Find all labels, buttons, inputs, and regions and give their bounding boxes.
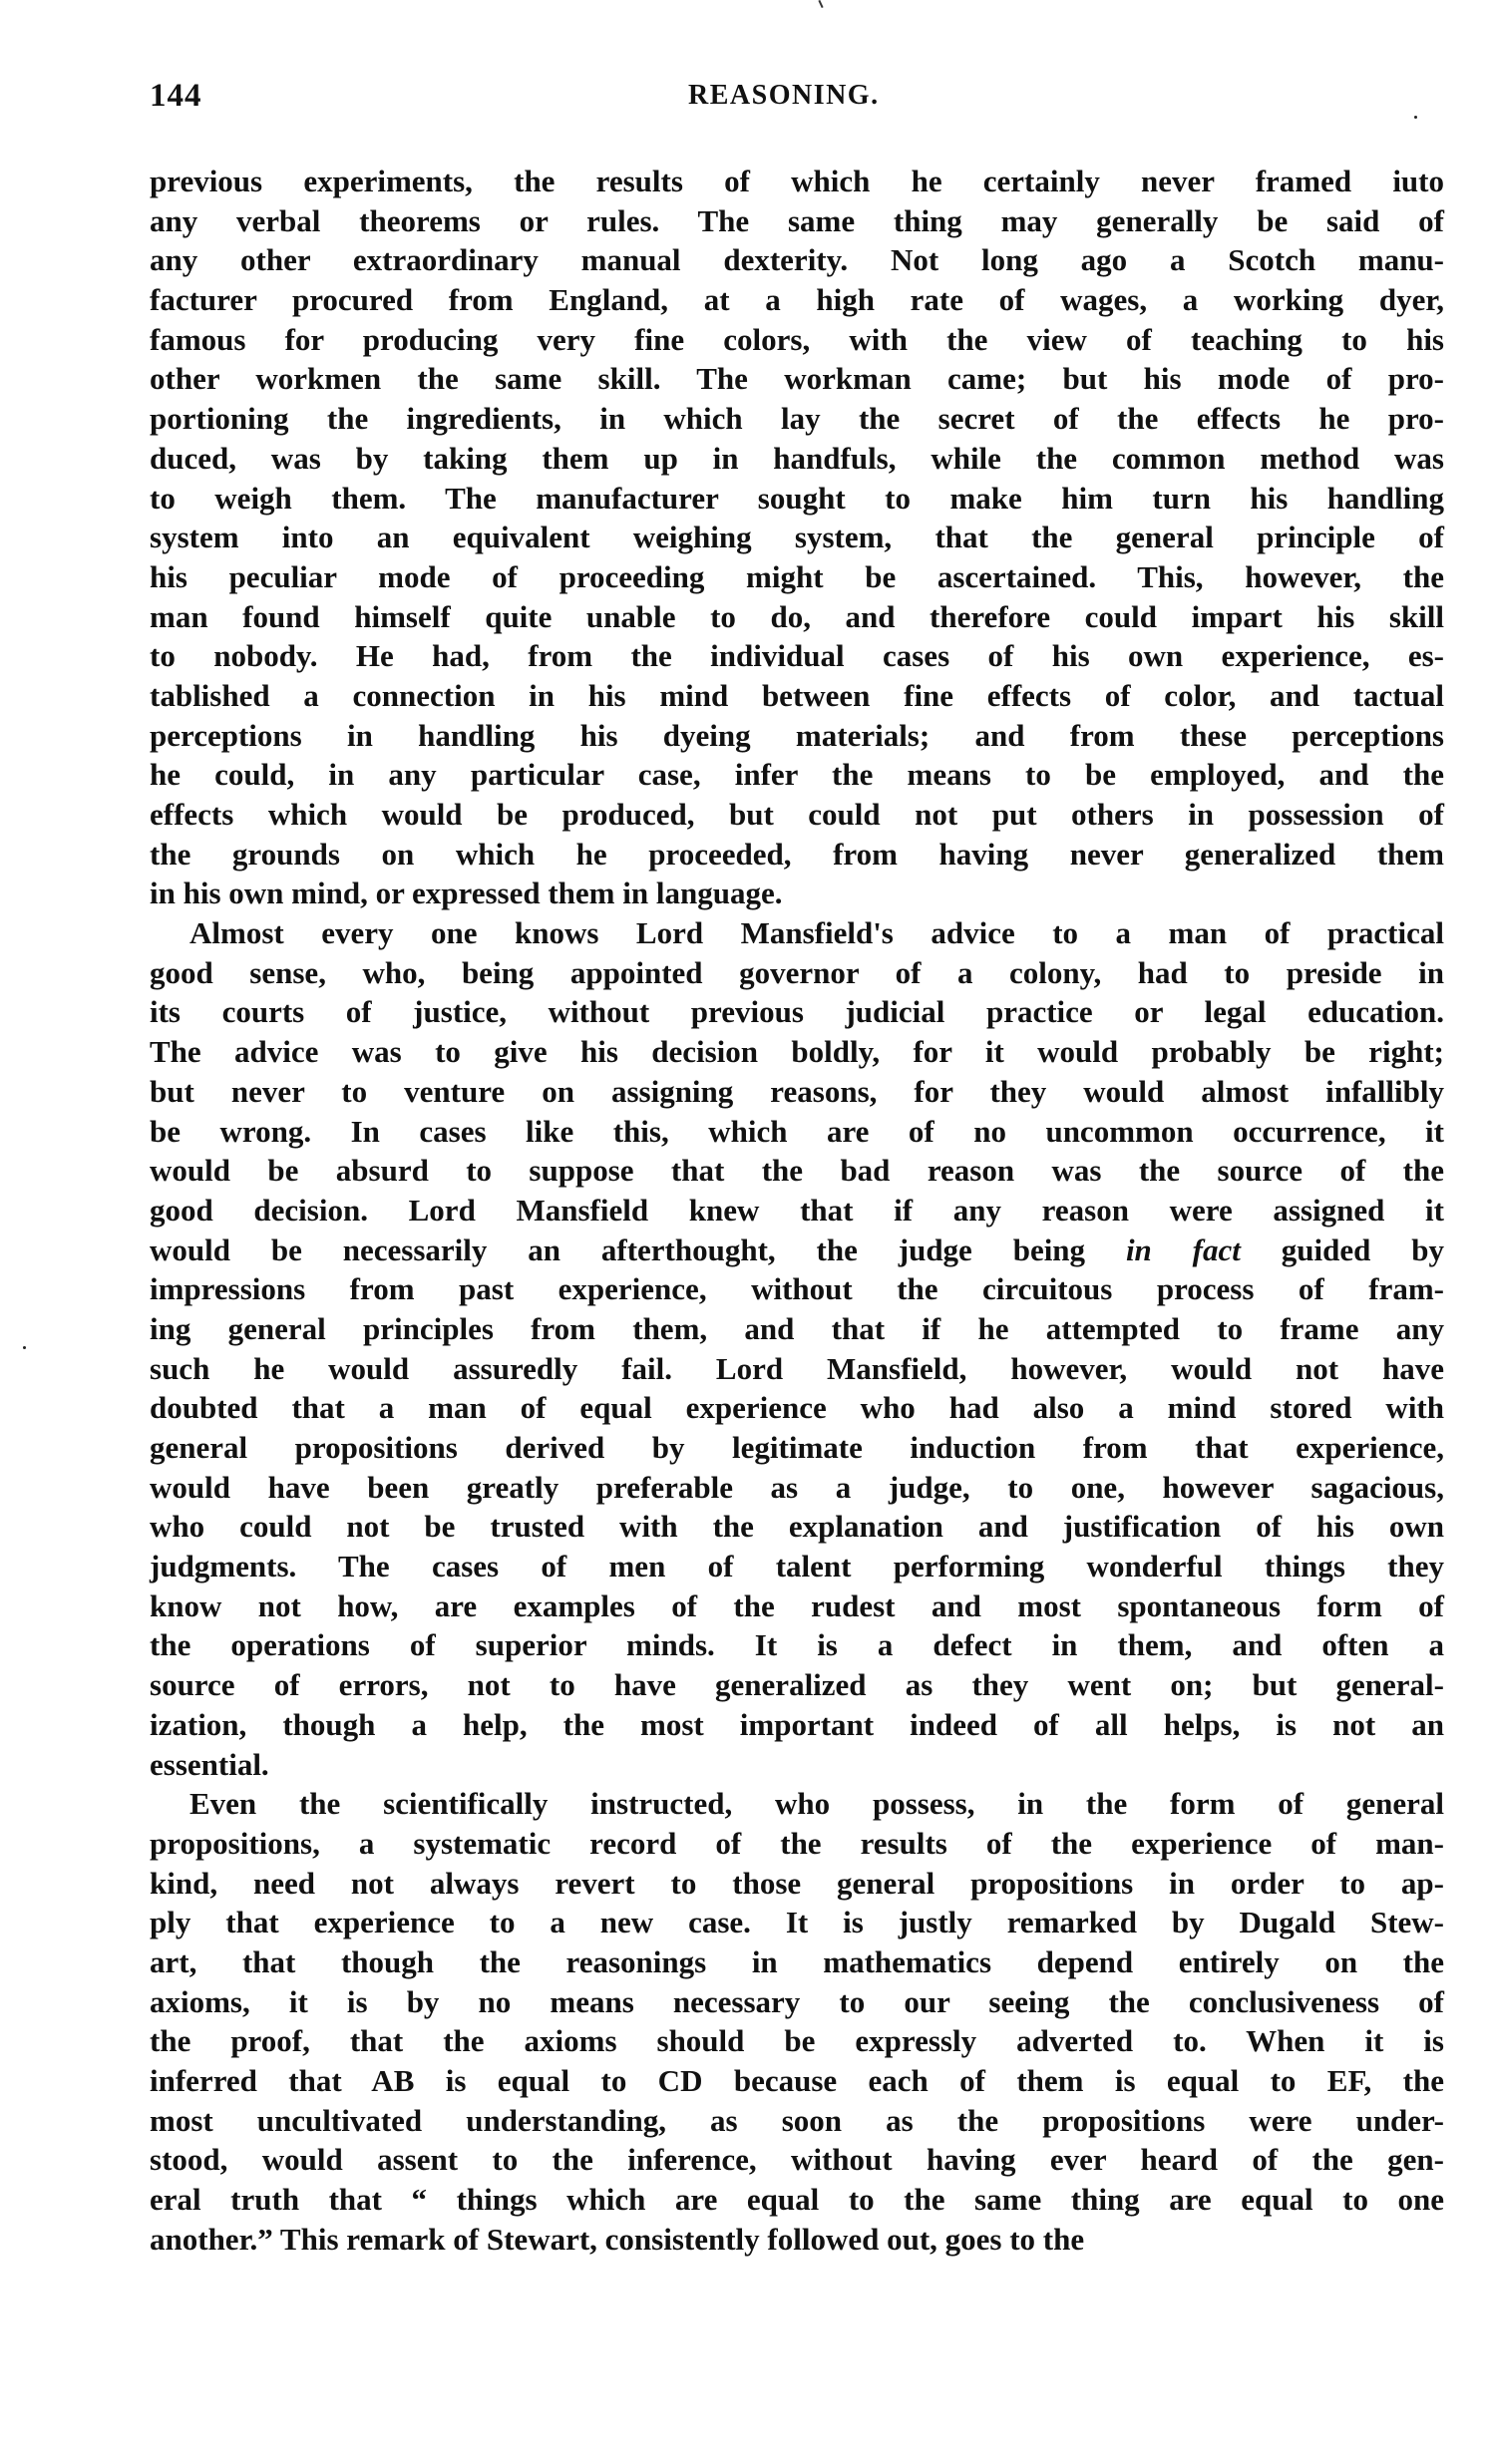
text-line: his peculiar mode of proceeding might be… (150, 557, 1444, 597)
text-line: stood, would assent to the inference, wi… (150, 2140, 1444, 2180)
text-line: facturer procured from England, at a hig… (150, 280, 1444, 320)
text-line: duced, was by taking them up in handfuls… (150, 439, 1444, 479)
paragraph: Even the scientifically instructed, who … (150, 1784, 1444, 2259)
text-line: any other extraordinary manual dexterity… (150, 240, 1444, 280)
text-line: ply that experience to a new case. It is… (150, 1903, 1444, 1942)
paragraph: previous experiments, the results of whi… (150, 162, 1444, 913)
text-line: source of errors, not to have generalize… (150, 1665, 1444, 1705)
page-number: 144 (150, 78, 202, 115)
text-line: eral truth that “ things which are equal… (150, 2180, 1444, 2220)
text-line: portioning the ingredients, in which lay… (150, 399, 1444, 439)
text-line: such he would assuredly fail. Lord Mansf… (150, 1349, 1444, 1389)
text-line: impressions from past experience, withou… (150, 1269, 1444, 1309)
book-page: 144 REASONING. previous experiments, the… (0, 0, 1490, 2464)
text-line: to nobody. He had, from the individual c… (150, 636, 1444, 676)
text-line: would be necessarily an afterthought, th… (150, 1231, 1444, 1270)
text-line: Even the scientifically instructed, who … (150, 1784, 1444, 1824)
text-line: effects which would be produced, but cou… (150, 795, 1444, 835)
text-line: art, that though the reasonings in mathe… (150, 1942, 1444, 1982)
text-line: inferred that AB is equal to CD because … (150, 2061, 1444, 2101)
italic-emphasis: in fact (1126, 1232, 1241, 1267)
text-line: propositions, a systematic record of the… (150, 1824, 1444, 1864)
text-line: ization, though a help, the most importa… (150, 1705, 1444, 1745)
body-text: previous experiments, the results of whi… (150, 162, 1444, 2259)
text-line: essential. (150, 1745, 1444, 1785)
scan-speck (23, 1346, 26, 1349)
text-line: most uncultivated understanding, as soon… (150, 2101, 1444, 2141)
running-title: REASONING. (688, 80, 880, 112)
text-line: previous experiments, the results of whi… (150, 162, 1444, 201)
text-line: in his own mind, or expressed them in la… (150, 874, 1444, 913)
text-line: tablished a connection in his mind betwe… (150, 676, 1444, 716)
text-line: ing general principles from them, and th… (150, 1309, 1444, 1349)
text-line: system into an equivalent weighing syste… (150, 518, 1444, 557)
text-line: to weigh them. The manufacturer sought t… (150, 479, 1444, 519)
text-line: who could not be trusted with the explan… (150, 1507, 1444, 1547)
text-line: axioms, it is by no means necessary to o… (150, 1982, 1444, 2022)
text-line: man found himself quite unable to do, an… (150, 597, 1444, 637)
text-line: The advice was to give his decision bold… (150, 1032, 1444, 1072)
text-line: perceptions in handling his dyeing mater… (150, 716, 1444, 756)
text-line: the proof, that the axioms should be exp… (150, 2021, 1444, 2061)
text-line: good sense, who, being appointed governo… (150, 953, 1444, 993)
text-line: other workmen the same skill. The workma… (150, 359, 1444, 399)
scan-mark (818, 0, 823, 8)
text-line: would be absurd to suppose that the bad … (150, 1151, 1444, 1191)
text-line: famous for producing very fine colors, w… (150, 320, 1444, 360)
text-line: general propositions derived by legitima… (150, 1428, 1444, 1468)
text-line: judgments. The cases of men of talent pe… (150, 1547, 1444, 1586)
text-line: but never to venture on assigning reason… (150, 1072, 1444, 1112)
running-head: 144 REASONING. (150, 78, 1444, 122)
text-line: good decision. Lord Mansfield knew that … (150, 1191, 1444, 1231)
text-line: any verbal theorems or rules. The same t… (150, 201, 1444, 241)
text-line: kind, need not always revert to those ge… (150, 1864, 1444, 1904)
text-line: its courts of justice, without previous … (150, 992, 1444, 1032)
text-line: the operations of superior minds. It is … (150, 1625, 1444, 1665)
text-line: doubted that a man of equal experience w… (150, 1388, 1444, 1428)
text-line: would have been greatly preferable as a … (150, 1468, 1444, 1508)
text-line: be wrong. In cases like this, which are … (150, 1112, 1444, 1152)
text-line: he could, in any particular case, infer … (150, 755, 1444, 795)
text-line: another.” This remark of Stewart, consis… (150, 2220, 1444, 2260)
text-line: the grounds on which he proceeded, from … (150, 835, 1444, 875)
paragraph: Almost every one knows Lord Mansfield's … (150, 913, 1444, 1784)
text-line: know not how, are examples of the rudest… (150, 1586, 1444, 1626)
text-line: Almost every one knows Lord Mansfield's … (150, 913, 1444, 953)
